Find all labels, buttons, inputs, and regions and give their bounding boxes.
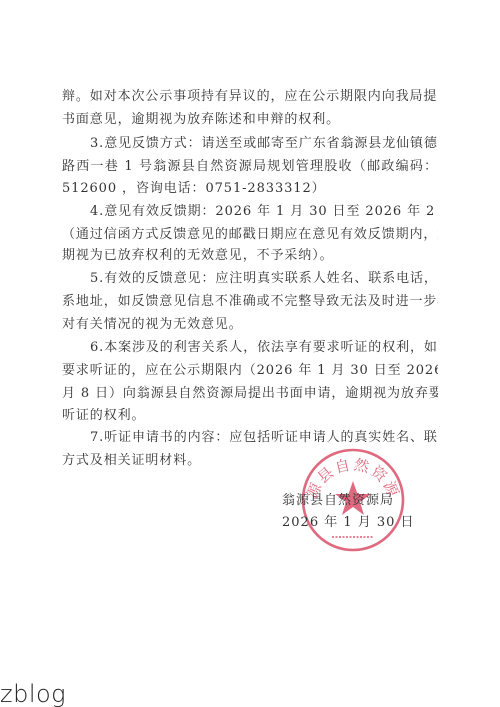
item-6-heading: 6.本案涉及的利害关系人，依法享有要求听证的权利，如需 — [90, 337, 438, 359]
paragraph-line: 要求听证的，应在公示期限内（2026 年 1 月 30 日至 2026 年 2 — [62, 360, 438, 382]
issuer-name: 翁源县自然资源局 — [282, 490, 394, 512]
paragraph-line: 听证的权利。 — [62, 405, 438, 427]
paragraph-line: 期视为已放弃权利的无效意见，不予采纳）。 — [62, 245, 438, 267]
paragraph-line: 书面意见，逾期视为放弃陈述和申辩的权利。 — [62, 109, 438, 131]
item-5-heading: 5.有效的反馈意见：应注明真实联系人姓名、联系电话，联 — [90, 268, 438, 290]
item-3-heading: 3.意见反馈方式：请送至或邮寄至广东省翁源县龙仙镇德政 — [90, 133, 438, 155]
contact-info-line: 512600 ，咨询电话：0751-2833312） — [62, 178, 438, 200]
paragraph-line: 系地址，如反馈意见信息不准确或不完整导致无法及时进一步核 — [62, 291, 438, 313]
paragraph-line: 路西一巷 1 号翁源县自然资源局规划管理股收（邮政编码： — [62, 156, 438, 178]
item-7-heading: 7.听证申请书的内容：应包括听证申请人的真实姓名、联系 — [90, 427, 438, 449]
paragraph-line: 辩。如对本次公示事项持有异议的，应在公示期限内向我局提出 — [62, 86, 438, 108]
item-4-heading: 4.意见有效反馈期：2026 年 1 月 30 日至 2026 年 2 月 8 … — [90, 201, 438, 223]
paragraph-line: 对有关情况的视为无效意见。 — [62, 314, 438, 336]
issue-date: 2026 年 1 月 30 日 — [282, 512, 415, 534]
document-page: 辩。如对本次公示事项持有异议的，应在公示期限内向我局提出 书面意见，逾期视为放弃… — [0, 0, 500, 707]
paragraph-line: （通过信函方式反馈意见的邮戳日期应在意见有效反馈期内，逾 — [62, 224, 438, 246]
watermark: zblog — [0, 680, 66, 707]
paragraph-line: 月 8 日）向翁源县自然资源局提出书面申请，逾期视为放弃要求 — [62, 383, 438, 405]
